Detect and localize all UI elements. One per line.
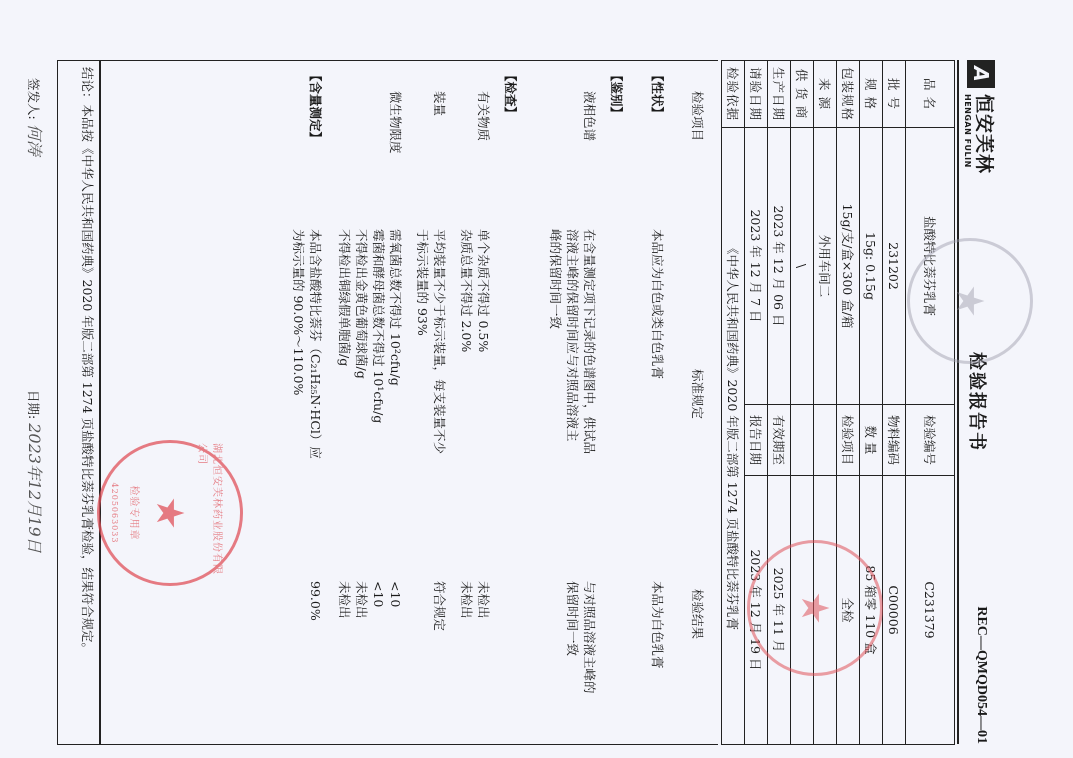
label-request-date: 请验日期 [745, 61, 768, 128]
header-standard: 标准规定 [689, 229, 706, 559]
test-item-name: 【鉴别】 [608, 69, 625, 219]
date-label: 日期: [26, 390, 41, 419]
empty-cell [791, 475, 814, 744]
test-result: 符合规定 [431, 581, 448, 741]
empty-cell [814, 475, 837, 744]
label-material-code: 物料编码 [883, 404, 906, 475]
value-product-name: 盐酸特比萘芬乳膏 [906, 128, 955, 405]
test-item-name: 装量 [431, 69, 448, 241]
label-product-name: 品 名 [906, 61, 955, 128]
signer-signature: 何涛 [25, 124, 44, 156]
label-batch: 批 号 [883, 61, 906, 128]
conclusion-box: 结论：本品按《中华人民共和国药典》2020 年版二部第 1274 页盐酸特比萘芬… [57, 60, 100, 745]
value-expiry: 2025 年 11 月 [768, 475, 791, 744]
date-block: 日期: 2023年12月19日 [24, 390, 47, 553]
label-basis: 检验依据 [722, 61, 745, 128]
empty-cell [814, 404, 837, 475]
value-production-date: 2023 年 12 月 06 日 [768, 128, 791, 405]
report-header: A 恒安芙林 HENGAN FULIN 检验报告书 REC—QMQD054—01 [957, 60, 999, 744]
signer-block: 签发人: 何涛 [24, 78, 47, 156]
value-report-date: 2023 年 12 月 19 日 [745, 475, 768, 744]
test-item-name: 液相色谱 [581, 69, 598, 241]
header-result: 检验结果 [689, 581, 706, 749]
test-result: 未检出未检出 [458, 581, 492, 741]
test-standard: 本品含盐酸特比萘芬（C₂₁H₂₅N·HCl）应为标示量的 90.0%～110.0… [290, 229, 324, 559]
label-package: 包装规格 [837, 61, 860, 128]
value-source: 外用车间二 [814, 128, 837, 405]
test-result: 本品为白色乳膏 [649, 581, 666, 741]
test-item-name: 有关物质 [475, 69, 492, 241]
label-source: 来 源 [814, 61, 837, 128]
value-request-date: 2023 年 12 月 7 日 [745, 128, 768, 405]
test-results-section: 检验项目 标准规定 检验结果 【性状】本品应为白色或类白色乳膏本品为白色乳膏【鉴… [100, 60, 718, 745]
label-spec: 规 格 [860, 61, 883, 128]
label-report-date: 报告日期 [745, 404, 768, 475]
signer-label: 签发人: [26, 78, 41, 120]
value-package: 15g/支/盒×300 盒/箱 [837, 128, 860, 405]
label-supplier: 供 货 商 [791, 61, 814, 128]
conclusion-text: 结论：本品按《中华人民共和国药典》2020 年版二部第 1274 页盐酸特比萘芬… [80, 67, 95, 655]
value-batch: 231202 [883, 128, 906, 405]
label-production-date: 生产日期 [768, 61, 791, 128]
handwritten-date: 2023年12月19日 [25, 423, 44, 552]
test-item-name: 【含量测定】 [307, 69, 324, 219]
value-supplier: \ [791, 128, 814, 405]
value-material-code: C00006 [883, 475, 906, 744]
test-item-name: 【检查】 [502, 69, 519, 219]
value-test-item: 全检 [837, 475, 860, 744]
document-code: REC—QMQD054—01 [973, 606, 989, 744]
test-item-name: 【性状】 [649, 69, 666, 219]
label-quantity: 数 量 [860, 404, 883, 475]
test-result: 与对照品溶液主峰的保留时间一致 [564, 581, 598, 741]
test-standard: 在含量测定项下记录的色谱图中，供试品溶液主峰的保留时间应与对照品溶液主峰的保留时… [547, 229, 598, 559]
test-standard: 平均装量不少于标示装量，每支装量不少于标示装量的 93% [414, 229, 448, 559]
value-spec: 15g: 0.15g [860, 128, 883, 405]
test-standard: 单个杂质不得过 0.5%杂质总量不得过 2.0% [458, 229, 492, 559]
value-inspection-no: C231379 [906, 475, 955, 744]
label-inspection-no: 检验编号 [906, 404, 955, 475]
test-result: <10<10未检出未检出 [336, 581, 404, 741]
test-result: 99.0% [307, 581, 324, 741]
label-test-item: 检验项目 [837, 404, 860, 475]
test-standard: 本品应为白色或类白色乳膏 [649, 229, 666, 559]
test-standard: 需氧菌总数不得过 10²cfu/g霉菌和酵母菌总数不得过 10¹cfu/g不得检… [336, 229, 404, 559]
value-basis: 《中华人民共和国药典》2020 年版二部第 1274 页盐酸特比萘芬乳膏 [722, 128, 745, 745]
label-expiry: 有效期至 [768, 404, 791, 475]
product-info-table: 品 名 盐酸特比萘芬乳膏 检验编号 C231379 批 号 231202 物料编… [721, 60, 955, 745]
inspection-report-page: A 恒安芙林 HENGAN FULIN 检验报告书 REC—QMQD054—01… [0, 0, 1073, 758]
value-quantity: 85 箱零 110 盒 [860, 475, 883, 744]
header-test-item: 检验项目 [689, 69, 706, 241]
empty-cell [791, 404, 814, 475]
test-item-name: 微生物限度 [387, 69, 404, 241]
